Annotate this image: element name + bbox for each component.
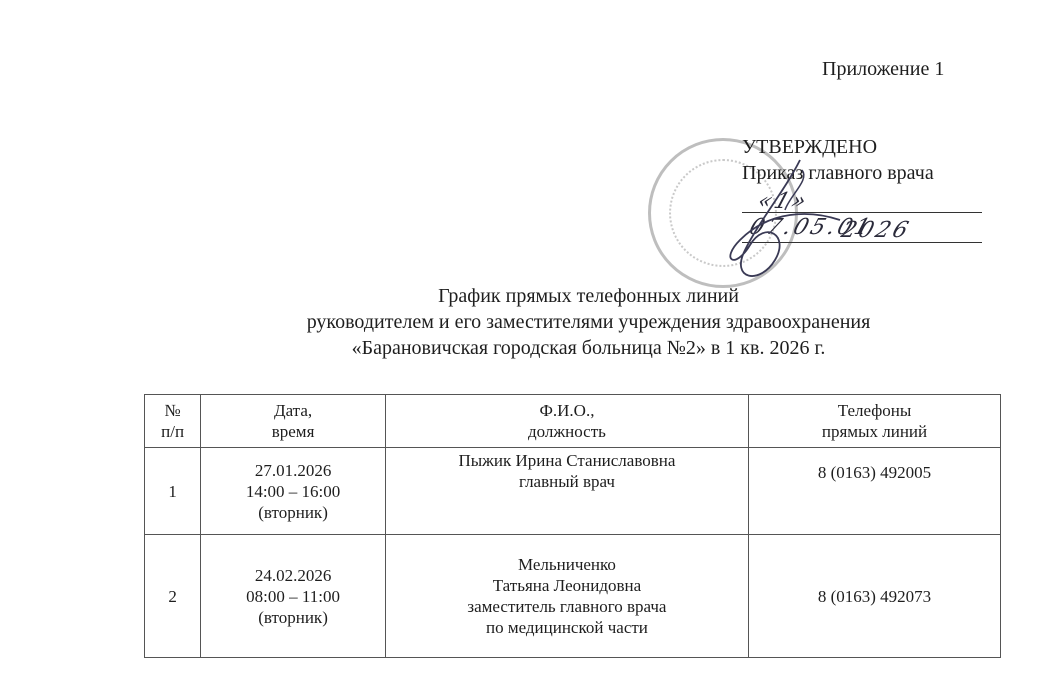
appendix-label: Приложение 1: [822, 58, 944, 81]
title-line-1: График прямых телефонных линий: [0, 283, 1047, 309]
table-row: 1 27.01.2026 14:00 – 16:00 (вторник) Пыж…: [145, 448, 1001, 535]
row-phone: 8 (0163) 492005: [749, 448, 1001, 535]
table-header-row: № п/п Дата, время Ф.И.О., должность Теле…: [145, 395, 1001, 448]
row-person: Мельниченко Татьяна Леонидовна заместите…: [385, 535, 748, 658]
header-number: № п/п: [145, 395, 201, 448]
handwritten-year: 2026: [838, 218, 914, 244]
title-line-2: руководителем и его заместителями учрежд…: [0, 309, 1047, 335]
row-phone: 8 (0163) 492073: [749, 535, 1001, 658]
header-phone: Телефоны прямых линий: [749, 395, 1001, 448]
approval-order: Приказ главного врача: [742, 160, 934, 186]
row-date: 27.01.2026 14:00 – 16:00 (вторник): [201, 448, 386, 535]
approval-block: УТВЕРЖДЕНО Приказ главного врача «1» 07.…: [742, 134, 934, 186]
row-number: 2: [145, 535, 201, 658]
header-date: Дата, время: [201, 395, 386, 448]
table-row: 2 24.02.2026 08:00 – 11:00 (вторник) Мел…: [145, 535, 1001, 658]
row-date: 24.02.2026 08:00 – 11:00 (вторник): [201, 535, 386, 658]
header-person: Ф.И.О., должность: [385, 395, 748, 448]
year-underline: [742, 242, 982, 243]
row-person: Пыжик Ирина Станиславовна главный врач: [385, 448, 748, 535]
document-title: График прямых телефонных линий руководит…: [0, 283, 1047, 361]
schedule-table: № п/п Дата, время Ф.И.О., должность Теле…: [144, 394, 1001, 658]
title-line-3: «Барановичская городская больница №2» в …: [0, 335, 1047, 361]
row-number: 1: [145, 448, 201, 535]
date-underline: [742, 212, 982, 213]
approval-label: УТВЕРЖДЕНО: [742, 134, 934, 160]
